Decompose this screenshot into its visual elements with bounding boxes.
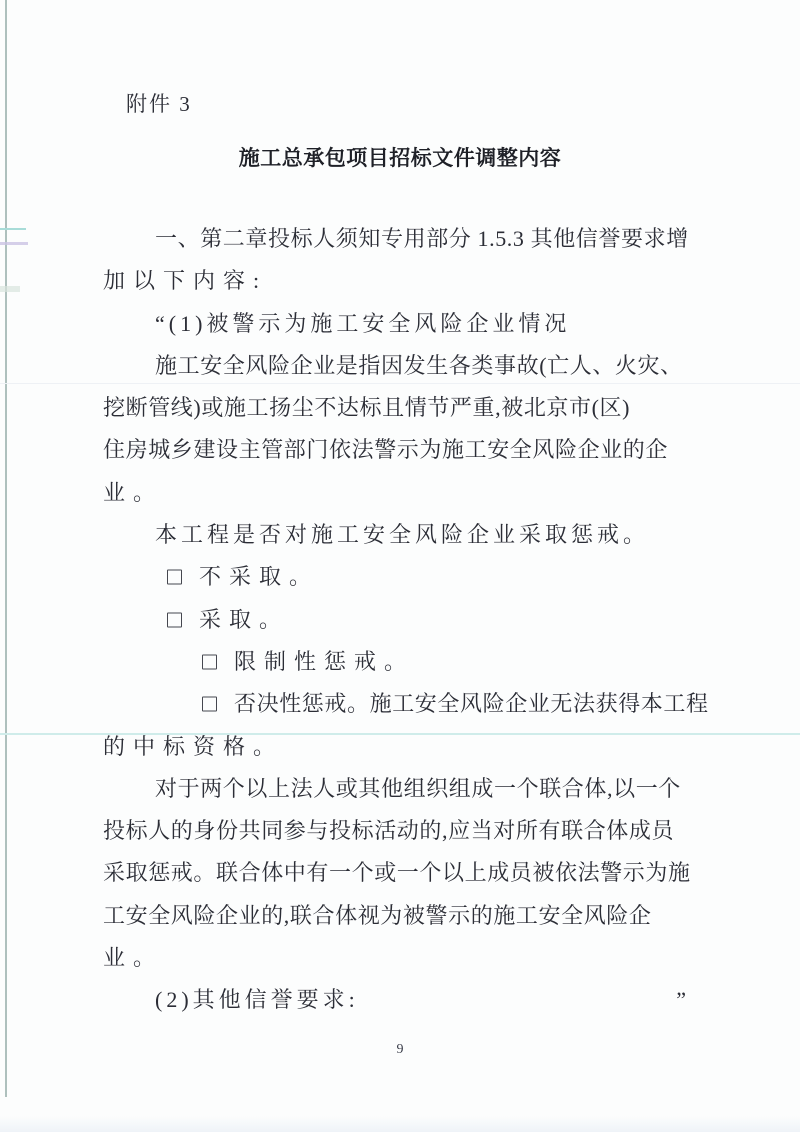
doc-line-text: 挖断管线)或施工扬尘不达标且情节严重,被北京市(区) — [103, 395, 630, 420]
doc-line: 挖断管线)或施工扬尘不达标且情节严重,被北京市(区) — [103, 387, 695, 429]
doc-line: 采取。 — [103, 599, 695, 641]
scan-bottom-smudge — [0, 1116, 800, 1132]
page-number: 9 — [0, 1042, 800, 1058]
doc-line: (2)其他信誉要求:” — [103, 979, 695, 1021]
doc-line-text: (2)其他信誉要求: — [155, 987, 359, 1012]
document-title: 施工总承包项目招标文件调整内容 — [0, 142, 800, 172]
doc-line: 住房城乡建设主管部门依法警示为施工安全风险企业的企 — [103, 429, 695, 471]
doc-line: 投标人的身份共同参与投标活动的,应当对所有联合体成员 — [103, 810, 695, 852]
scanned-page: 附件 3 施工总承包项目招标文件调整内容 一、第二章投标人须知专用部分 1.5.… — [0, 0, 800, 1132]
doc-line-text: 加以下内容: — [103, 268, 267, 293]
doc-line: 的中标资格。 — [103, 726, 695, 768]
doc-line: 对于两个以上法人或其他组织组成一个联合体,以一个 — [103, 768, 695, 810]
doc-line-text: 限制性惩戒。 — [234, 649, 414, 674]
doc-line: 业。 — [103, 937, 695, 979]
attachment-label: 附件 3 — [126, 88, 192, 118]
doc-line-text: 采取惩戒。联合体中有一个或一个以上成员被依法警示为施 — [103, 860, 691, 885]
doc-line: “(1)被警示为施工安全风险企业情况 — [103, 303, 695, 345]
scan-tick-mark-lavender — [0, 242, 28, 245]
doc-line-text: 工安全风险企业的,联合体视为被警示的施工安全风险企 — [103, 903, 652, 928]
doc-line: 采取惩戒。联合体中有一个或一个以上成员被依法警示为施 — [103, 852, 695, 894]
document-body: 一、第二章投标人须知专用部分 1.5.3 其他信誉要求增加以下内容:“(1)被警… — [103, 218, 695, 1022]
doc-line-text: 施工安全风险企业是指因发生各类事故(亡人、火灾、 — [155, 353, 683, 378]
doc-line: 限制性惩戒。 — [103, 641, 695, 683]
doc-line-text: 一、第二章投标人须知专用部分 1.5.3 其他信誉要求增 — [155, 226, 689, 251]
closing-quote: ” — [676, 979, 686, 1021]
doc-line: 加以下内容: — [103, 260, 695, 302]
doc-line: 业。 — [103, 472, 695, 514]
doc-line-text: 本工程是否对施工安全风险企业采取惩戒。 — [155, 522, 649, 547]
checkbox-icon — [167, 612, 182, 627]
checkbox-icon — [202, 654, 217, 669]
doc-line: 不采取。 — [103, 556, 695, 598]
doc-line-text: 否决性惩戒。施工安全风险企业无法获得本工程 — [234, 691, 709, 716]
doc-line-text: 的中标资格。 — [103, 734, 283, 759]
doc-line-text: 不采取。 — [199, 564, 319, 589]
checkbox-icon — [167, 570, 182, 585]
scan-tick-mark-cyan — [0, 228, 26, 230]
scan-smudge-green — [0, 286, 20, 292]
doc-line: 施工安全风险企业是指因发生各类事故(亡人、火灾、 — [103, 345, 695, 387]
doc-line-text: 对于两个以上法人或其他组织组成一个联合体,以一个 — [155, 776, 681, 801]
doc-line: 否决性惩戒。施工安全风险企业无法获得本工程 — [103, 683, 695, 725]
doc-line: 工安全风险企业的,联合体视为被警示的施工安全风险企 — [103, 895, 695, 937]
checkbox-icon — [202, 697, 217, 712]
doc-line-text: 业。 — [103, 480, 163, 505]
doc-line-text: 业。 — [103, 945, 163, 970]
doc-line-text: “(1)被警示为施工安全风险企业情况 — [155, 311, 570, 336]
doc-line: 一、第二章投标人须知专用部分 1.5.3 其他信誉要求增 — [103, 218, 695, 260]
doc-line: 本工程是否对施工安全风险企业采取惩戒。 — [103, 514, 695, 556]
doc-line-text: 住房城乡建设主管部门依法警示为施工安全风险企业的企 — [103, 437, 668, 462]
doc-line-text: 投标人的身份共同参与投标活动的,应当对所有联合体成员 — [103, 818, 674, 843]
doc-line-text: 采取。 — [199, 607, 289, 632]
